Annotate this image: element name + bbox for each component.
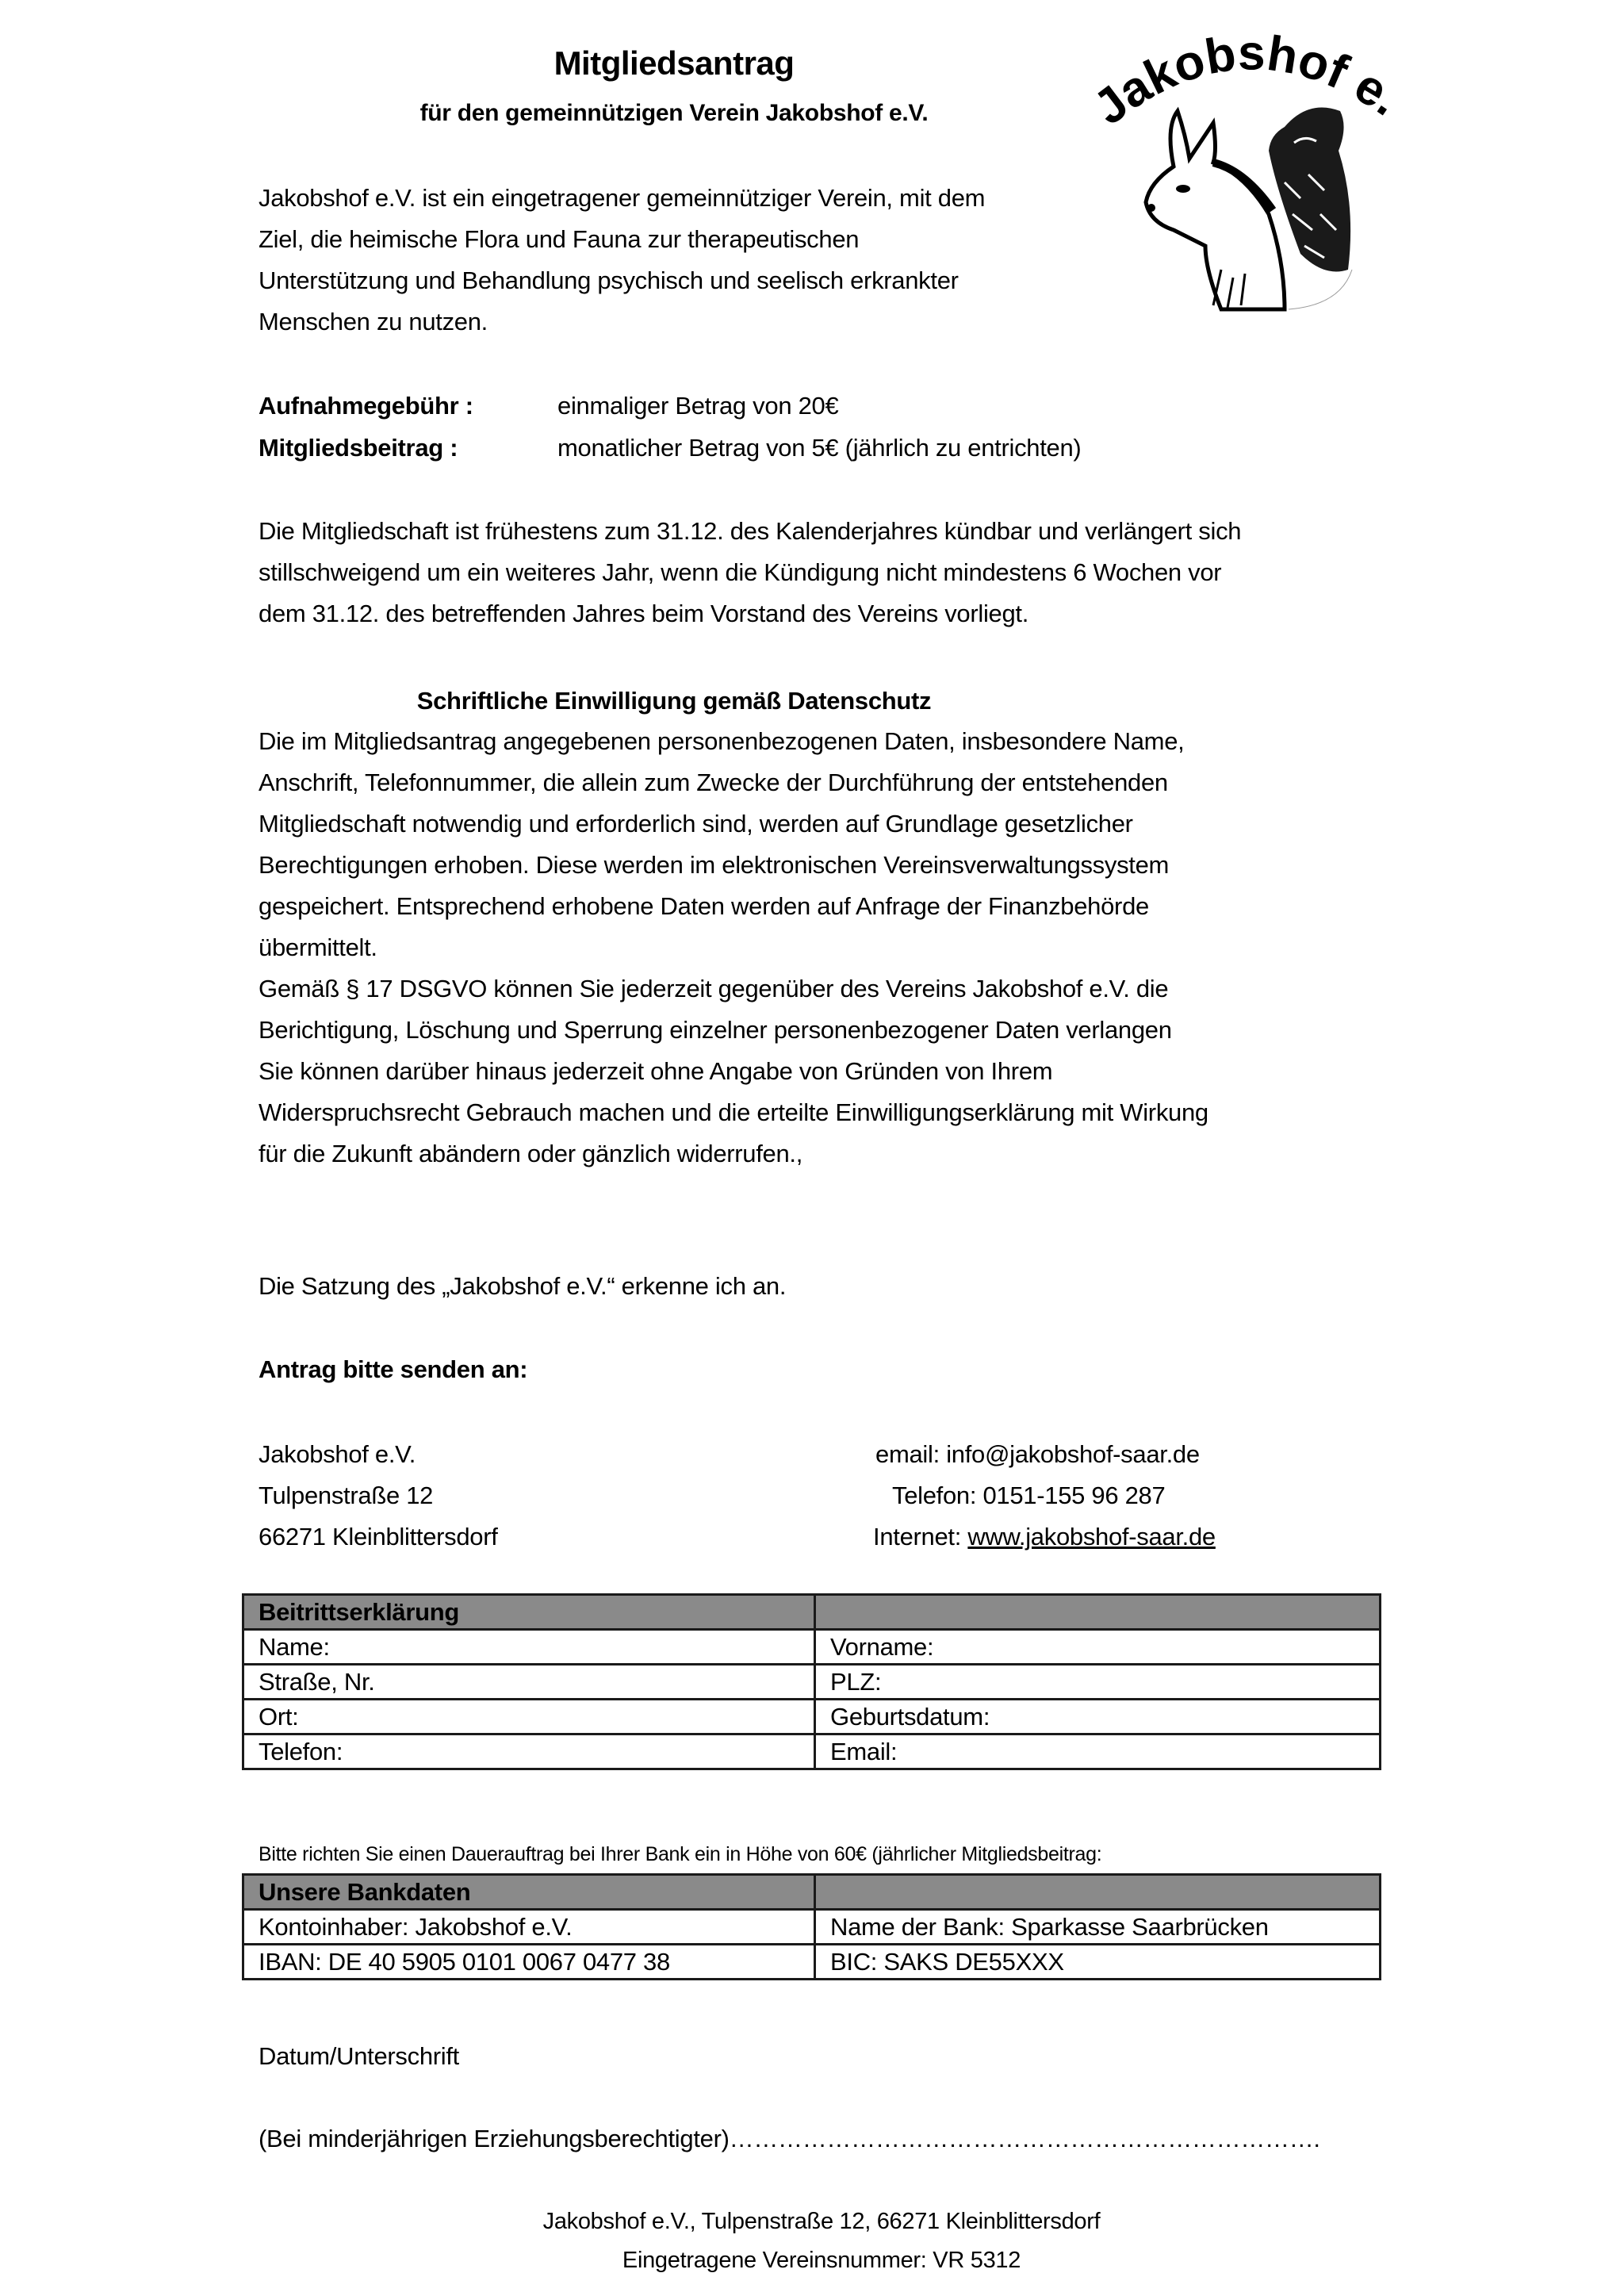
jakobshof-logo-icon: Jakobshof e.V. — [1086, 32, 1419, 333]
table-row: Ort: Geburtsdatum: — [243, 1700, 1381, 1734]
footer-address: Jakobshof e.V., Tulpenstraße 12, 66271 K… — [0, 2206, 1624, 2237]
terms-line: stillschweigend um ein weiteres Jahr, we… — [259, 557, 1221, 588]
bic: BIC: SAKS DE55XXX — [815, 1945, 1381, 1980]
privacy-line: Berichtigung, Löschung und Sperrung einz… — [259, 1014, 1172, 1046]
postal-code-field[interactable]: PLZ: — [815, 1665, 1381, 1700]
privacy-line: Berechtigungen erhoben. Diese werden im … — [259, 849, 1169, 881]
svg-text:Jakobshof e.V.: Jakobshof e.V. — [1086, 32, 1410, 136]
name-field[interactable]: Name: — [243, 1630, 815, 1665]
privacy-line: Widerspruchsrecht Gebrauch machen und di… — [259, 1097, 1208, 1129]
admission-fee-value: einmaliger Betrag von 20€ — [557, 390, 838, 422]
standing-order-note: Bitte richten Sie einen Dauerauftrag bei… — [259, 1842, 1101, 1867]
table-row: Name: Vorname: — [243, 1630, 1381, 1665]
table-header-cell — [815, 1875, 1381, 1910]
internet-label: Internet: — [873, 1523, 967, 1550]
membership-fee-value: monatlicher Betrag von 5€ (jährlich zu e… — [557, 432, 1081, 464]
contact-internet: Internet: www.jakobshof-saar.de — [873, 1521, 1216, 1553]
contact-email: email: info@jakobshof-saar.de — [875, 1439, 1200, 1470]
table-header-cell — [815, 1595, 1381, 1630]
address-line: Tulpenstraße 12 — [259, 1480, 433, 1512]
table-row: IBAN: DE 40 5905 0101 0067 0477 38 BIC: … — [243, 1945, 1381, 1980]
privacy-line: Mitgliedschaft notwendig und erforderlic… — [259, 808, 1133, 840]
intro-line: Jakobshof e.V. ist ein eingetragener gem… — [259, 182, 985, 214]
account-holder: Kontoinhaber: Jakobshof e.V. — [243, 1910, 815, 1945]
date-signature-label: Datum/Unterschrift — [259, 2041, 459, 2072]
table-header-cell: Beitrittserklärung — [243, 1595, 815, 1630]
first-name-field[interactable]: Vorname: — [815, 1630, 1381, 1665]
table-row: Straße, Nr. PLZ: — [243, 1665, 1381, 1700]
privacy-heading: Schriftliche Einwilligung gemäß Datensch… — [0, 685, 1348, 717]
address-line: 66271 Kleinblittersdorf — [259, 1521, 498, 1553]
guardian-signature-line[interactable]: (Bei minderjährigen Erziehungsberechtigt… — [259, 2123, 1320, 2155]
terms-line: dem 31.12. des betreffenden Jahres beim … — [259, 598, 1028, 630]
street-field[interactable]: Straße, Nr. — [243, 1665, 815, 1700]
address-line: Jakobshof e.V. — [259, 1439, 416, 1470]
table-header-row: Beitrittserklärung — [243, 1595, 1381, 1630]
intro-line: Unterstützung und Behandlung psychisch u… — [259, 265, 959, 297]
birthdate-field[interactable]: Geburtsdatum: — [815, 1700, 1381, 1734]
privacy-line: gespeichert. Entsprechend erhobene Daten… — [259, 891, 1149, 922]
table-header-cell: Unsere Bankdaten — [243, 1875, 815, 1910]
send-to-heading: Antrag bitte senden an: — [259, 1354, 527, 1386]
phone-field[interactable]: Telefon: — [243, 1734, 815, 1769]
privacy-line: übermittelt. — [259, 932, 377, 964]
privacy-line: Gemäß § 17 DSGVO können Sie jederzeit ge… — [259, 973, 1168, 1005]
intro-line: Ziel, die heimische Flora und Fauna zur … — [259, 224, 859, 255]
email-field[interactable]: Email: — [815, 1734, 1381, 1769]
contact-phone: Telefon: 0151-155 96 287 — [892, 1480, 1165, 1512]
privacy-line: Anschrift, Telefonnummer, die allein zum… — [259, 767, 1168, 799]
admission-fee-label: Aufnahmegebühr : — [259, 390, 473, 422]
terms-line: Die Mitgliedschaft ist frühestens zum 31… — [259, 516, 1241, 547]
footer-registration: Eingetragene Vereinsnummer: VR 5312 — [0, 2245, 1624, 2275]
city-field[interactable]: Ort: — [243, 1700, 815, 1734]
membership-declaration-table: Beitrittserklärung Name: Vorname: Straße… — [242, 1593, 1381, 1770]
membership-fee-label: Mitgliedsbeitrag : — [259, 432, 458, 464]
table-row: Telefon: Email: — [243, 1734, 1381, 1769]
statute-statement: Die Satzung des „Jakobshof e.V.“ erkenne… — [259, 1271, 786, 1302]
table-header-row: Unsere Bankdaten — [243, 1875, 1381, 1910]
iban: IBAN: DE 40 5905 0101 0067 0477 38 — [243, 1945, 815, 1980]
privacy-line: für die Zukunft abändern oder gänzlich w… — [259, 1138, 802, 1170]
bank-name: Name der Bank: Sparkasse Saarbrücken — [815, 1910, 1381, 1945]
privacy-line: Die im Mitgliedsantrag angegebenen perso… — [259, 726, 1184, 757]
intro-line: Menschen zu nutzen. — [259, 306, 488, 338]
bank-details-table: Unsere Bankdaten Kontoinhaber: Jakobshof… — [242, 1873, 1381, 1980]
website-link[interactable]: www.jakobshof-saar.de — [967, 1523, 1215, 1550]
privacy-line: Sie können darüber hinaus jederzeit ohne… — [259, 1056, 1052, 1087]
table-row: Kontoinhaber: Jakobshof e.V. Name der Ba… — [243, 1910, 1381, 1945]
